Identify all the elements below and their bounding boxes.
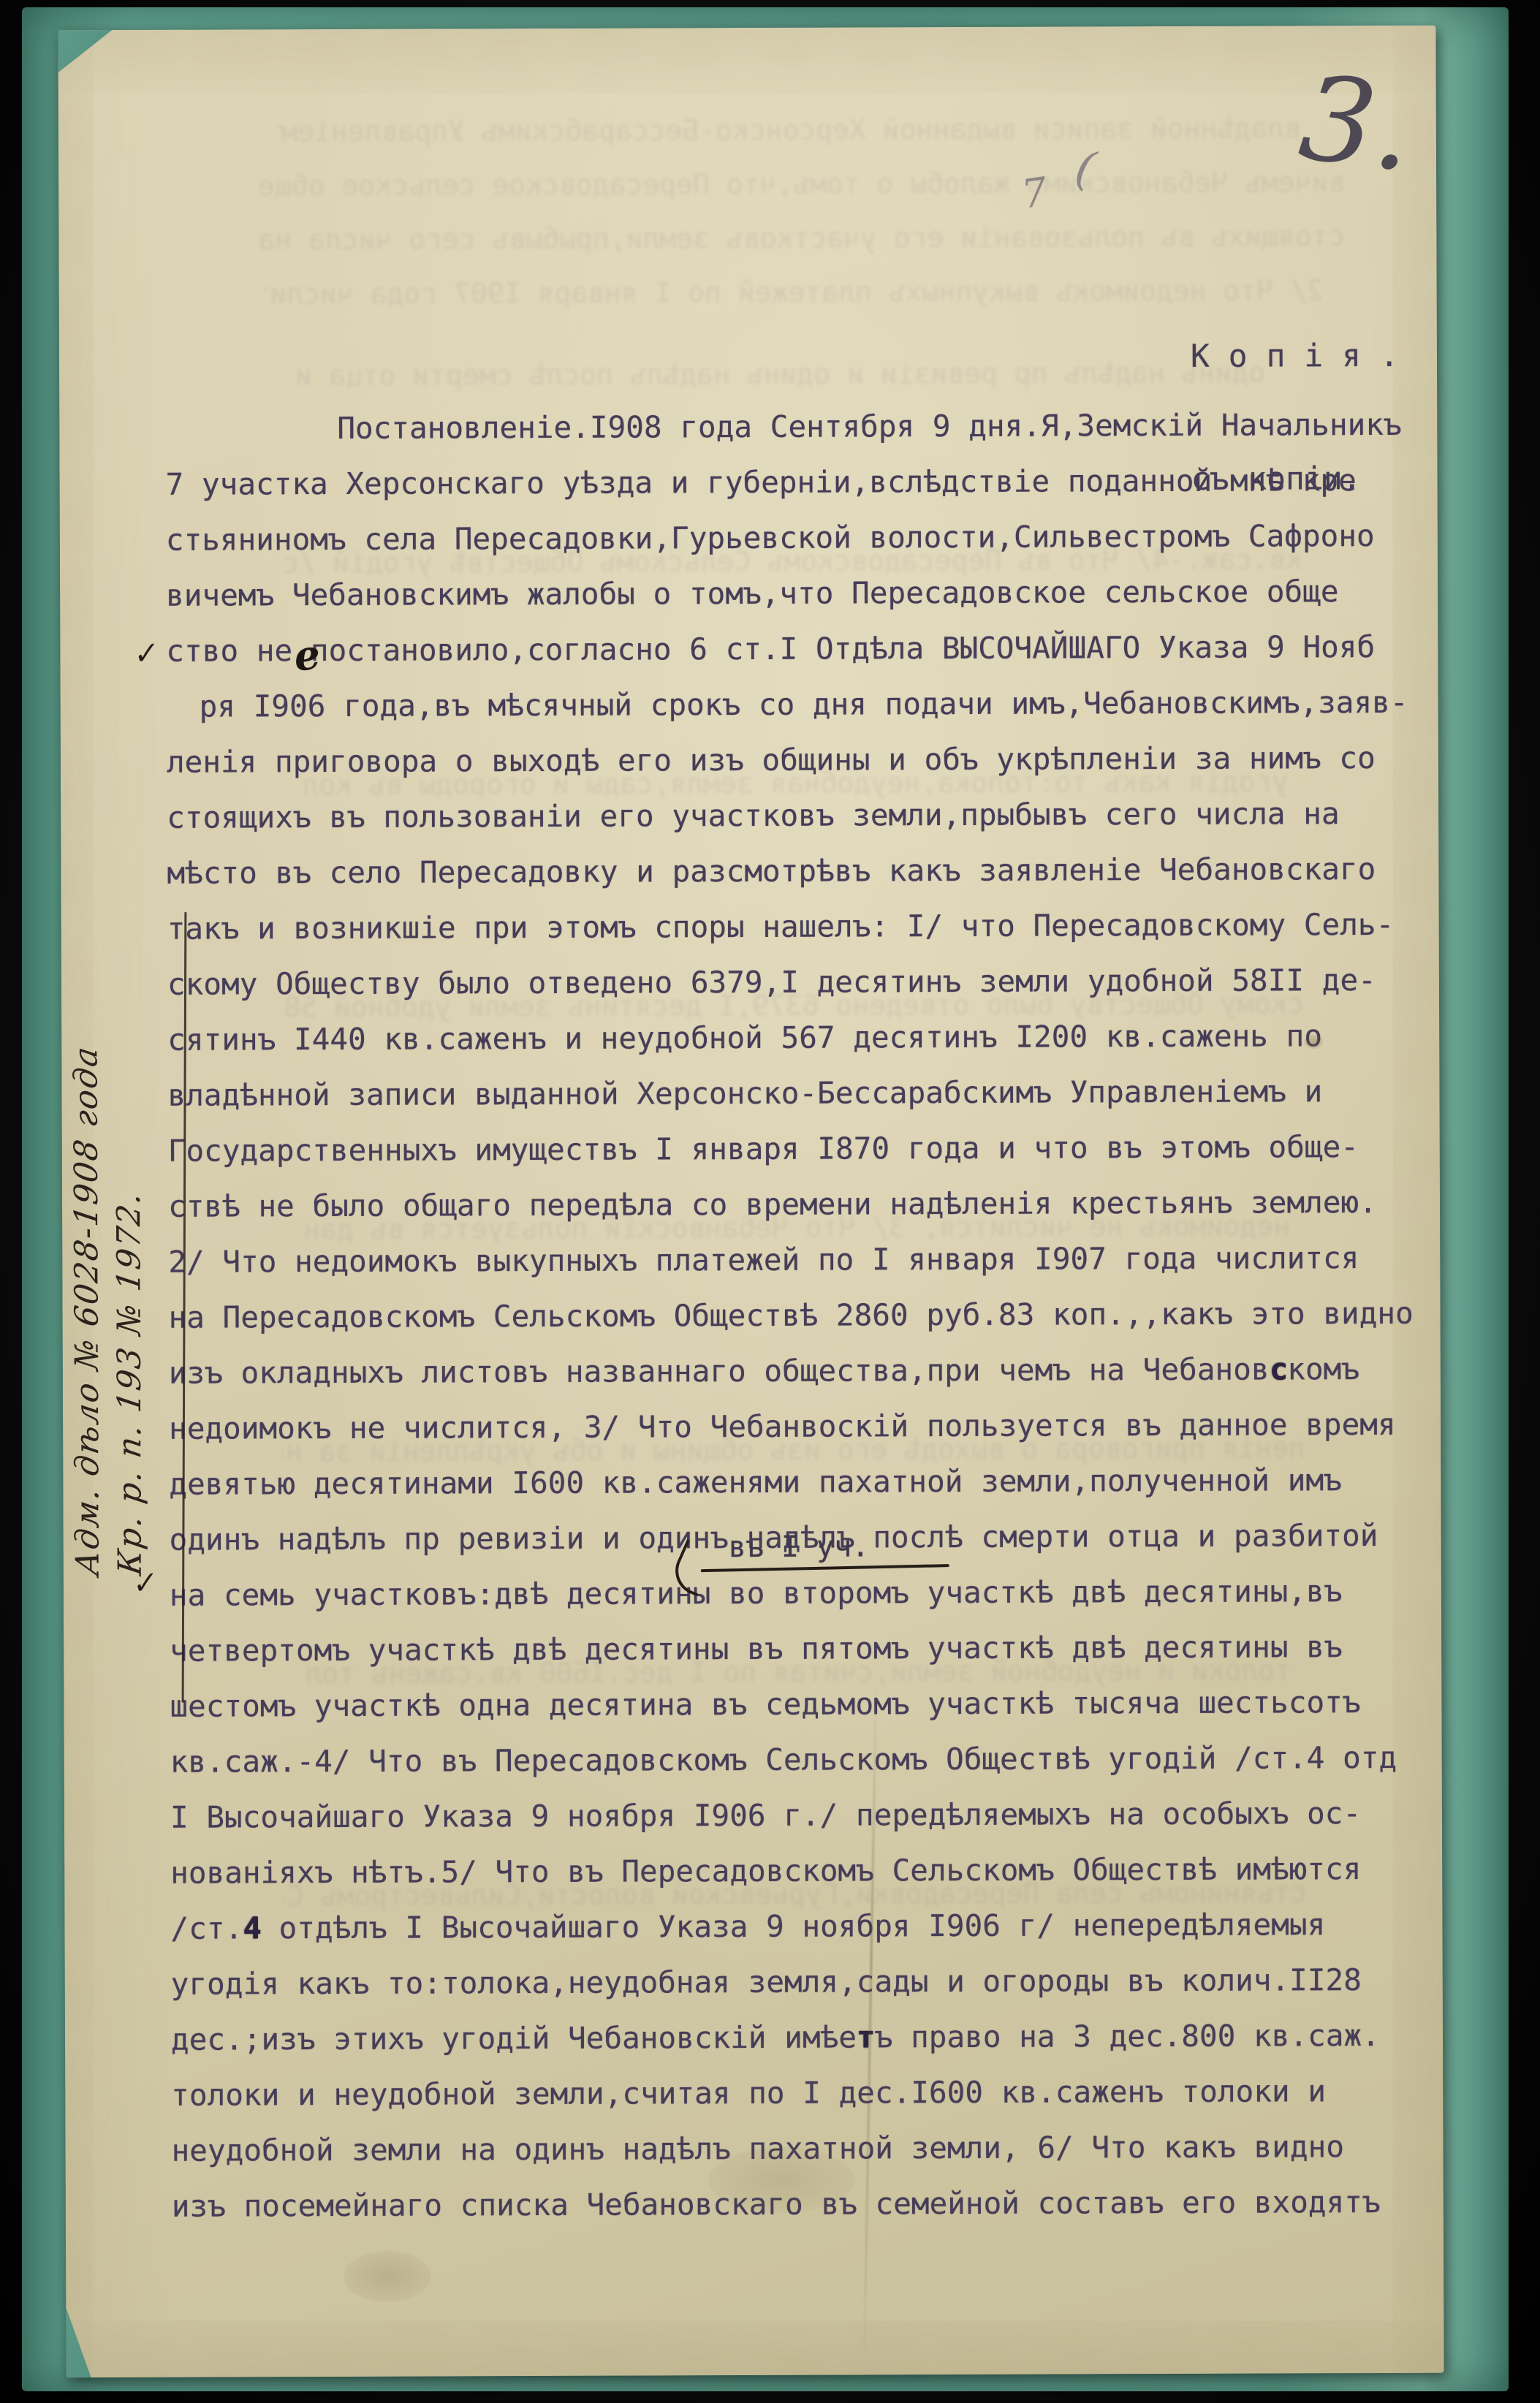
- text-line: нованіяхъ нѣтъ.5/ Что въ Пересадовскомъ …: [170, 1851, 1361, 1891]
- text-line: стоящихъ въ пользованіи его участковъ зе…: [167, 796, 1340, 835]
- text-line: изъ окладныхъ листовъ названнаго обществ…: [169, 1351, 1359, 1391]
- handwritten-correction-letter: е: [292, 630, 323, 680]
- text-line: шестомъ участкѣ одна десятина въ седьмом…: [170, 1685, 1360, 1724]
- text-line: недоимокъ не числится, 3/ Что Чебанвоскі…: [169, 1407, 1396, 1446]
- document-page: 3. 7 ( К о п і я . съ копіи. Постановлен…: [58, 26, 1444, 2378]
- text-line: стьяниномъ села Пересадовки,Гурьевской в…: [166, 518, 1375, 558]
- text-line: кв.саж.-4/ Что въ Пересадовскомъ Сельско…: [170, 1740, 1397, 1780]
- text-line: на семь участковъ:двѣ десятины во втором…: [170, 1573, 1343, 1613]
- overstrike-correction: с: [1270, 1351, 1288, 1386]
- text-line: такъ и возникшіе при этомъ споры нашелъ:…: [167, 907, 1395, 946]
- text-line: /ст.4 отдѣлъ I Высочайшаго Указа 9 ноябр…: [170, 1907, 1325, 1946]
- marginalia-line: Адм. дѣло № 6028-1908 года: [64, 753, 110, 1578]
- text-line: четвертомъ участкѣ двѣ десятины въ пятом…: [170, 1629, 1343, 1669]
- text-line: ство не постановило,согласно 6 ст.I Отдѣ…: [166, 629, 1375, 669]
- marginalia-line: Кр. р. п. 193 № 1972.: [107, 753, 152, 1578]
- text-line: 7 участка Херсонскаго уѣзда и губерніи,в…: [165, 463, 1356, 502]
- text-line: 2/ Что недоимокъ выкупныхъ платежей по I…: [168, 1240, 1359, 1280]
- document-body: Постановленіе.I908 года Сентября 9 дня.Я…: [58, 26, 1444, 2378]
- overstrike-correction: т: [857, 2019, 875, 2054]
- text-line: скому Обществу было отведено 6379,I деся…: [167, 963, 1376, 1002]
- bleed-through-line: стоящихъ въ пользованіи его участковъ зе…: [234, 220, 1345, 256]
- check-mark: ✓: [136, 631, 157, 674]
- text-line: сятинъ I440 кв.саженъ и неудобной 567 де…: [167, 1018, 1322, 1058]
- text-line: на Пересадовскомъ Сельскомъ Обществѣ 286…: [168, 1296, 1413, 1335]
- text-line: угодія какъ то:толока,неудобная земля,са…: [171, 1962, 1362, 2002]
- text-line: Государственныхъ имуществъ I января I870…: [168, 1129, 1359, 1169]
- overstrike-correction: 4: [243, 1910, 261, 1945]
- bleed-through-line: владѣнной записи выданной Херсонско-Бесс…: [278, 112, 1301, 148]
- bleed-through-line: вичемъ Чебановскимъ жалобы о томъ,что Пе…: [234, 166, 1345, 202]
- text-line: I Высочайшаго Указа 9 ноября I906 г./ пе…: [170, 1796, 1361, 1835]
- text-line: неудобной земли на одинъ надѣлъ пахатной…: [171, 2129, 1344, 2168]
- check-mark: ✓: [134, 1560, 156, 1603]
- bleed-through-line: одинъ надѣлъ пр ревизіи и одинъ надѣлъ п…: [278, 357, 1265, 392]
- marginalia: Адм. дѣло № 6028-1908 года Кр. р. п. 193…: [64, 756, 158, 1575]
- text-line: ствѣ не было общаго передѣла со времени …: [168, 1185, 1377, 1224]
- text-line: Постановленіе.I908 года Сентября 9 дня.Я…: [337, 407, 1402, 446]
- bleed-through-line: 2/ Что недоимокъ выкупныхъ платежей по I…: [264, 274, 1324, 310]
- text-line: толоки и неудобной земли,считая по I дес…: [171, 2073, 1326, 2113]
- text-line: владѣнной записи выданной Херсонско-Бесс…: [167, 1074, 1322, 1113]
- text-line: вичемъ Чебановскимъ жалобы о томъ,что Пе…: [166, 574, 1339, 613]
- scan-frame: 3. 7 ( К о п і я . съ копіи. Постановлен…: [0, 0, 1540, 2403]
- text-line: дес.;изъ этихъ угодій Чебановскій имѣетъ…: [171, 2018, 1380, 2057]
- text-line: ленія приговора о выходѣ его изъ общины …: [167, 740, 1376, 780]
- text-line: изъ посемейнаго списка Чебановскаго въ с…: [172, 2184, 1381, 2224]
- text-line: ря I906 года,въ мѣсячный срокъ со дня по…: [200, 685, 1408, 724]
- text-line: девятью десятинами I600 кв.саженями паха…: [169, 1462, 1342, 1502]
- interline-insertion: въ I уч.: [729, 1530, 870, 1564]
- text-line: мѣсто въ село Пересадовку и разсмотрѣвъ …: [167, 851, 1376, 891]
